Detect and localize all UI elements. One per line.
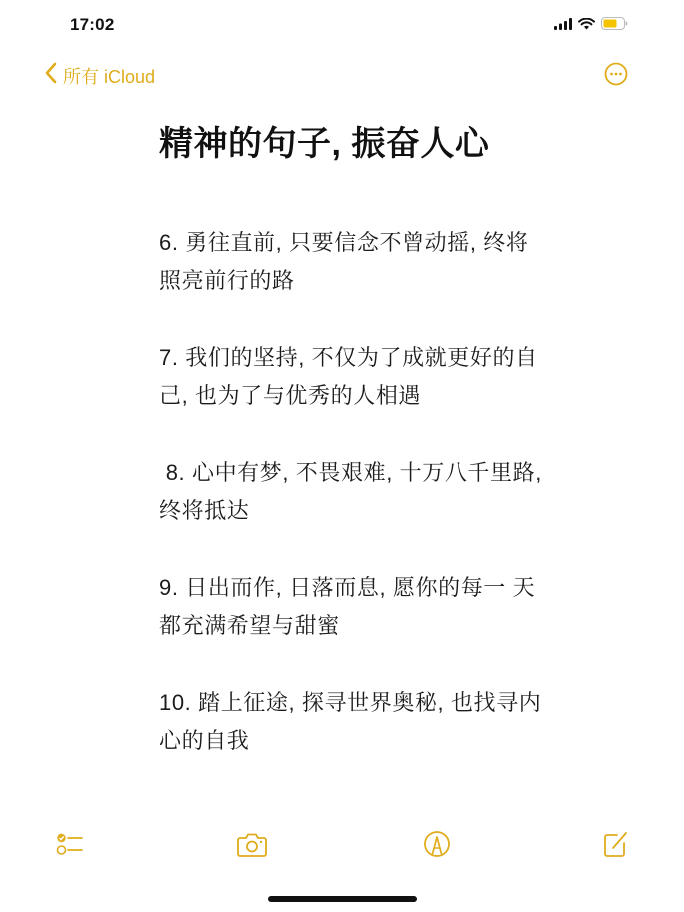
signal-icon — [554, 17, 572, 35]
compose-icon — [603, 845, 629, 862]
checklist-icon — [56, 845, 84, 862]
camera-icon — [237, 845, 267, 862]
status-icons — [554, 17, 628, 35]
chevron-left-icon — [44, 62, 57, 89]
status-time: 17:02 — [70, 15, 114, 35]
note-title: 精神的句子, 振奋人心 — [159, 116, 489, 165]
home-indicator[interactable] — [268, 896, 417, 902]
back-button[interactable]: 所有 iCloud — [44, 62, 155, 89]
note-body[interactable]: 6. 勇往直前, 只要信念不曾动摇, 终将照亮前行的路 7. 我们的坚持, 不仅… — [159, 224, 549, 799]
status-bar: 17:02 — [0, 0, 684, 54]
more-button[interactable] — [604, 62, 628, 91]
note-paragraph: 8. 心中有梦, 不畏艰难, 十万八千里路, 终将抵达 — [159, 454, 549, 530]
note-paragraph: 9. 日出而作, 日落而息, 愿你的每一 天都充满希望与甜蜜 — [159, 569, 549, 645]
note-paragraph: 7. 我们的坚持, 不仅为了成就更好的自己, 也为了与优秀的人相遇 — [159, 339, 549, 415]
nav-bar: 所有 iCloud — [0, 58, 684, 92]
camera-button[interactable] — [237, 830, 267, 863]
ellipsis-circle-icon — [604, 73, 628, 90]
compose-button[interactable] — [603, 830, 629, 863]
markup-button[interactable] — [423, 830, 451, 863]
back-label: 所有 iCloud — [63, 63, 155, 89]
bottom-toolbar — [0, 830, 684, 870]
note-paragraph: 6. 勇往直前, 只要信念不曾动摇, 终将照亮前行的路 — [159, 224, 549, 300]
checklist-button[interactable] — [56, 830, 84, 863]
note-paragraph: 10. 踏上征途, 探寻世界奥秘, 也找寻内心的自我 — [159, 684, 549, 760]
wifi-icon — [578, 17, 595, 35]
battery-icon — [601, 17, 628, 35]
markup-icon — [423, 845, 451, 862]
